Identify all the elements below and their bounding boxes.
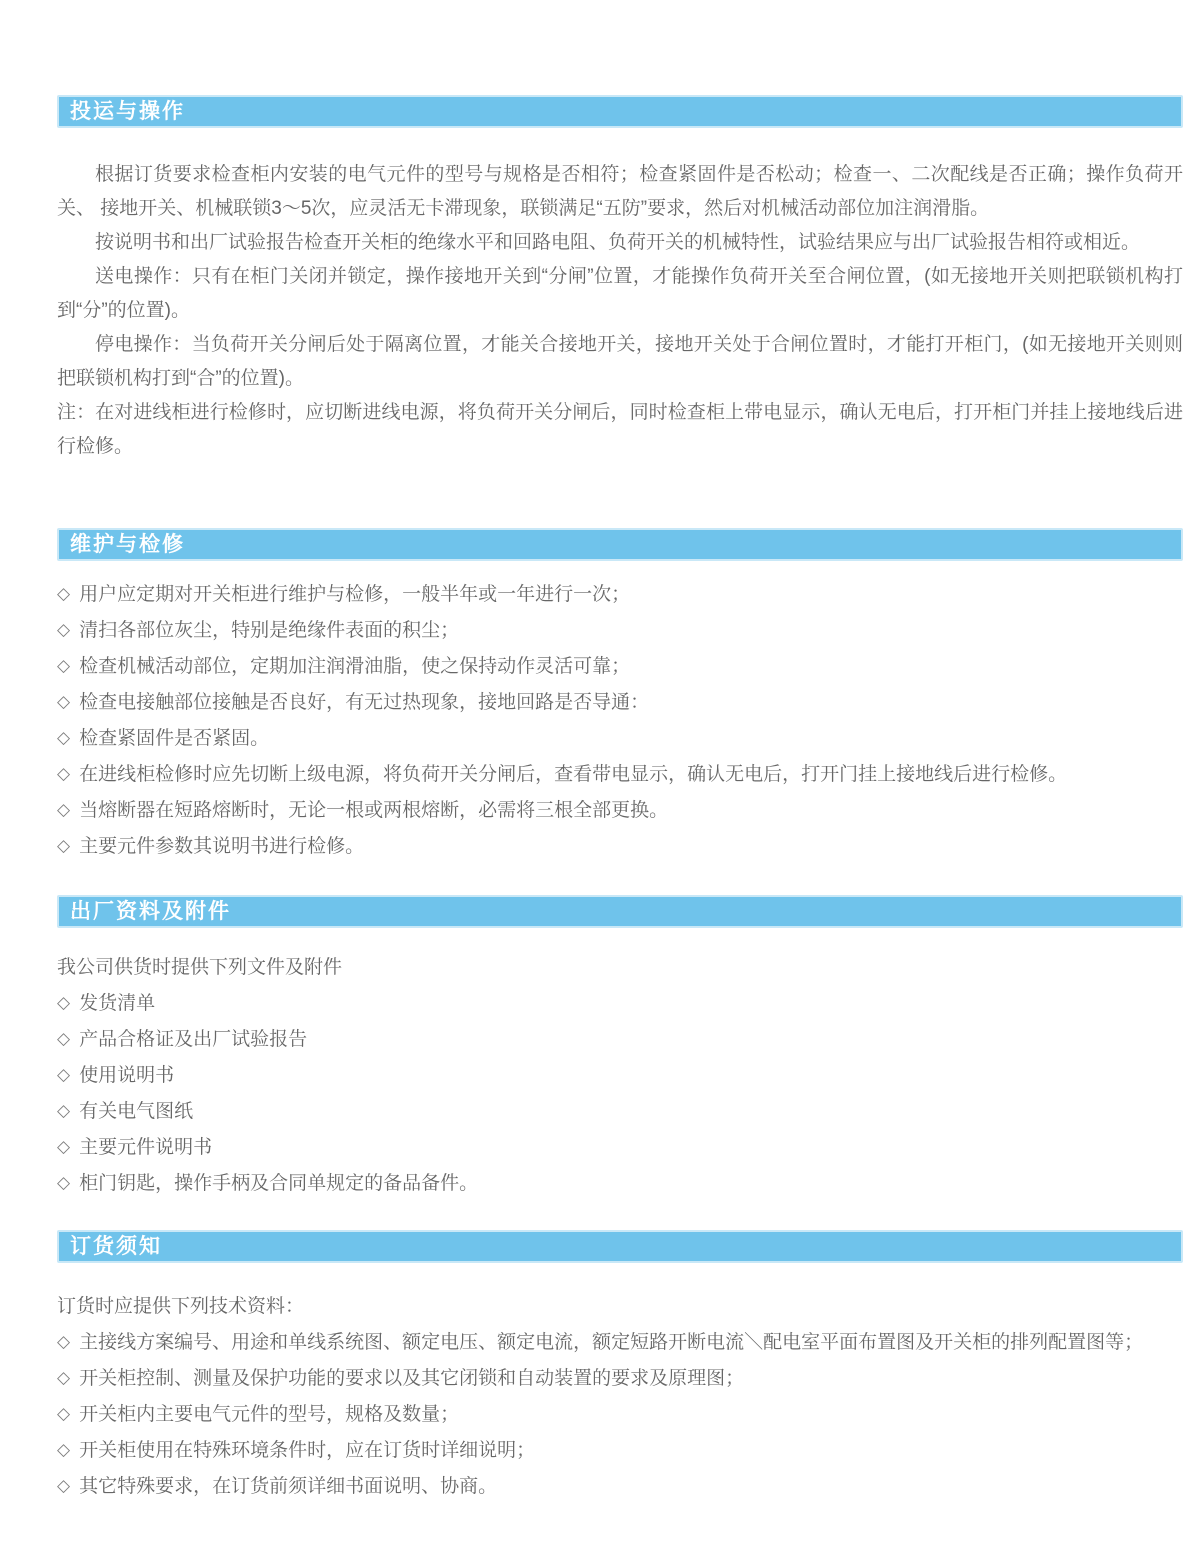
section-intro: 我公司供货时提供下列文件及附件	[57, 950, 1183, 986]
list-item-text: 检查紧固件是否紧固。	[79, 728, 269, 749]
list-item-text: 在进线柜检修时应先切断上级电源，将负荷开关分闸后，查看带电显示，确认无电后，打开…	[79, 764, 1067, 785]
list-item: ◇其它特殊要求，在订货前须详细书面说明、协商。	[57, 1469, 1183, 1505]
diamond-bullet-icon: ◇	[57, 576, 70, 612]
list-item-text: 开关柜使用在特殊环境条件时，应在订货时详细说明；	[79, 1440, 535, 1461]
list-item: ◇柜门钥匙，操作手柄及合同单规定的备品备件。	[57, 1166, 1183, 1202]
list-item: ◇主要元件说明书	[57, 1130, 1183, 1166]
diamond-bullet-icon: ◇	[57, 1468, 70, 1504]
list-item: ◇使用说明书	[57, 1058, 1183, 1094]
list-item: ◇产品合格证及出厂试验报告	[57, 1022, 1183, 1058]
section-body: ◇用户应定期对开关柜进行维护与检修，一般半年或一年进行一次； ◇清扫各部位灰尘，…	[57, 577, 1183, 865]
diamond-bullet-icon: ◇	[57, 792, 70, 828]
list-item: ◇主接线方案编号、用途和单线系统图、额定电压、额定电流，额定短路开断电流＼配电室…	[57, 1325, 1183, 1361]
section-body: 根据订货要求检查柜内安装的电气元件的型号与规格是否相符；检查紧固件是否松动；检查…	[57, 158, 1183, 464]
list-item-text: 开关柜内主要电气元件的型号，规格及数量；	[79, 1404, 459, 1425]
list-item-text: 开关柜控制、测量及保护功能的要求以及其它闭锁和自动装置的要求及原理图；	[79, 1368, 744, 1389]
list-item-text: 当熔断器在短路熔断时，无论一根或两根熔断，必需将三根全部更换。	[79, 800, 668, 821]
diamond-bullet-icon: ◇	[57, 828, 70, 864]
diamond-bullet-icon: ◇	[57, 648, 70, 684]
section-title: 投运与操作	[59, 97, 1181, 126]
list-item: ◇开关柜内主要电气元件的型号，规格及数量；	[57, 1397, 1183, 1433]
list-item-text: 主要元件参数其说明书进行检修。	[79, 836, 364, 857]
diamond-bullet-icon: ◇	[57, 985, 70, 1021]
list-item-text: 柜门钥匙，操作手柄及合同单规定的备品备件。	[79, 1173, 478, 1194]
section-ordering-notes: 订货须知 订货时应提供下列技术资料： ◇主接线方案编号、用途和单线系统图、额定电…	[57, 1230, 1183, 1505]
list-item-text: 检查机械活动部位，定期加注润滑油脂，使之保持动作灵活可靠；	[79, 656, 630, 677]
section-intro: 订货时应提供下列技术资料：	[57, 1289, 1183, 1325]
diamond-bullet-icon: ◇	[57, 612, 70, 648]
list-item-text: 使用说明书	[79, 1065, 174, 1086]
list-item: ◇主要元件参数其说明书进行检修。	[57, 829, 1183, 865]
diamond-bullet-icon: ◇	[57, 1057, 70, 1093]
list-item: ◇当熔断器在短路熔断时，无论一根或两根熔断，必需将三根全部更换。	[57, 793, 1183, 829]
section-title: 维护与检修	[59, 530, 1181, 559]
diamond-bullet-icon: ◇	[57, 1129, 70, 1165]
list-item-text: 清扫各部位灰尘，特别是绝缘件表面的积尘；	[79, 620, 459, 641]
section-header-bar: 订货须知	[57, 1230, 1183, 1263]
section-title: 订货须知	[59, 1232, 1181, 1261]
page-content: 投运与操作 根据订货要求检查柜内安装的电气元件的型号与规格是否相符；检查紧固件是…	[57, 95, 1183, 1505]
list-item-text: 发货清单	[79, 993, 155, 1014]
section-body: 我公司供货时提供下列文件及附件 ◇发货清单 ◇产品合格证及出厂试验报告 ◇使用说…	[57, 950, 1183, 1202]
list-item: ◇用户应定期对开关柜进行维护与检修，一般半年或一年进行一次；	[57, 577, 1183, 613]
diamond-bullet-icon: ◇	[57, 1432, 70, 1468]
list-item: ◇清扫各部位灰尘，特别是绝缘件表面的积尘；	[57, 613, 1183, 649]
section-maintenance-repair: 维护与检修 ◇用户应定期对开关柜进行维护与检修，一般半年或一年进行一次； ◇清扫…	[57, 528, 1183, 865]
section-commissioning-operation: 投运与操作 根据订货要求检查柜内安装的电气元件的型号与规格是否相符；检查紧固件是…	[57, 95, 1183, 464]
list-item: ◇有关电气图纸	[57, 1094, 1183, 1130]
diamond-bullet-icon: ◇	[57, 1093, 70, 1129]
section-factory-documents: 出厂资料及附件 我公司供货时提供下列文件及附件 ◇发货清单 ◇产品合格证及出厂试…	[57, 895, 1183, 1202]
diamond-bullet-icon: ◇	[57, 1324, 70, 1360]
list-item-text: 检查电接触部位接触是否良好，有无过热现象，接地回路是否导通：	[79, 692, 649, 713]
list-item: ◇发货清单	[57, 986, 1183, 1022]
manual-page: 投运与操作 根据订货要求检查柜内安装的电气元件的型号与规格是否相符；检查紧固件是…	[0, 0, 1200, 1567]
list-item: ◇检查电接触部位接触是否良好，有无过热现象，接地回路是否导通：	[57, 685, 1183, 721]
paragraph: 按说明书和出厂试验报告检查开关柜的绝缘水平和回路电阻、负荷开关的机械特性，试验结…	[57, 226, 1183, 260]
diamond-bullet-icon: ◇	[57, 1021, 70, 1057]
paragraph: 送电操作：只有在柜门关闭并锁定，操作接地开关到“分闸”位置，才能操作负荷开关至合…	[57, 260, 1183, 328]
list-item: ◇检查紧固件是否紧固。	[57, 721, 1183, 757]
diamond-bullet-icon: ◇	[57, 1396, 70, 1432]
list-item-text: 其它特殊要求，在订货前须详细书面说明、协商。	[79, 1476, 497, 1497]
note-paragraph: 注：在对进线柜进行检修时，应切断进线电源，将负荷开关分闸后，同时检查柜上带电显示…	[57, 396, 1183, 464]
section-header-bar: 维护与检修	[57, 528, 1183, 561]
section-title: 出厂资料及附件	[59, 897, 1181, 926]
diamond-bullet-icon: ◇	[57, 684, 70, 720]
diamond-bullet-icon: ◇	[57, 756, 70, 792]
list-item: ◇开关柜使用在特殊环境条件时，应在订货时详细说明；	[57, 1433, 1183, 1469]
diamond-bullet-icon: ◇	[57, 1360, 70, 1396]
list-item-text: 有关电气图纸	[79, 1101, 193, 1122]
paragraph: 停电操作：当负荷开关分闸后处于隔离位置，才能关合接地开关，接地开关处于合闸位置时…	[57, 328, 1183, 396]
list-item: ◇检查机械活动部位，定期加注润滑油脂，使之保持动作灵活可靠；	[57, 649, 1183, 685]
list-item: ◇开关柜控制、测量及保护功能的要求以及其它闭锁和自动装置的要求及原理图；	[57, 1361, 1183, 1397]
diamond-bullet-icon: ◇	[57, 720, 70, 756]
section-header-bar: 投运与操作	[57, 95, 1183, 128]
list-item-text: 主接线方案编号、用途和单线系统图、额定电压、额定电流，额定短路开断电流＼配电室平…	[79, 1332, 1143, 1353]
list-item-text: 产品合格证及出厂试验报告	[79, 1029, 307, 1050]
list-item: ◇在进线柜检修时应先切断上级电源，将负荷开关分闸后，查看带电显示，确认无电后，打…	[57, 757, 1183, 793]
list-item-text: 用户应定期对开关柜进行维护与检修，一般半年或一年进行一次；	[79, 584, 630, 605]
list-item-text: 主要元件说明书	[79, 1137, 212, 1158]
diamond-bullet-icon: ◇	[57, 1165, 70, 1201]
section-header-bar: 出厂资料及附件	[57, 895, 1183, 928]
paragraph: 根据订货要求检查柜内安装的电气元件的型号与规格是否相符；检查紧固件是否松动；检查…	[57, 158, 1183, 226]
section-body: 订货时应提供下列技术资料： ◇主接线方案编号、用途和单线系统图、额定电压、额定电…	[57, 1289, 1183, 1505]
